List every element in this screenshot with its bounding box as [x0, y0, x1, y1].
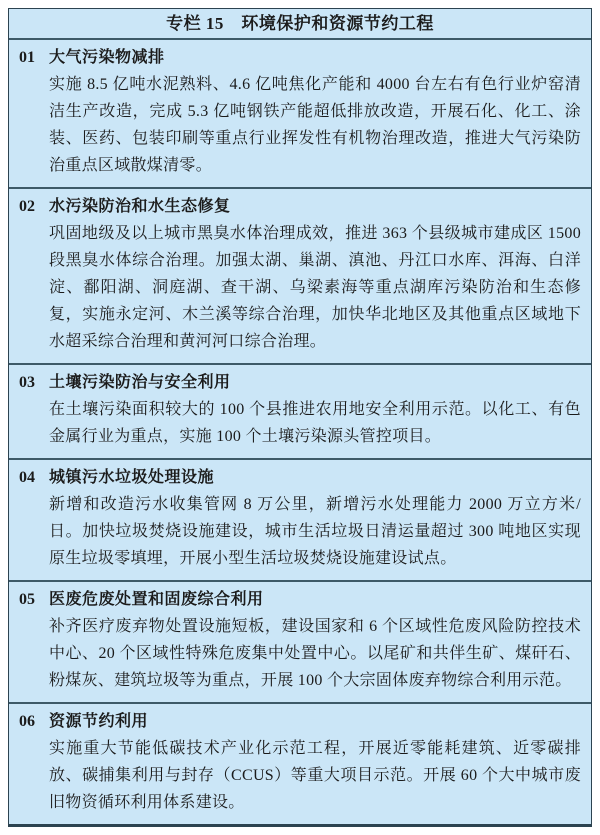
section-heading: 水污染防治和水生态修复	[49, 193, 231, 220]
section-number: 03	[19, 369, 49, 396]
section-body: 实施重大节能低碳技术产业化示范工程，开展近零能耗建筑、近零碳排放、碳捕集利用与封…	[49, 735, 581, 816]
section: 03 土壤污染防治与安全利用 在土壤污染面积较大的 100 个县推进农用地安全利…	[9, 363, 591, 458]
section: 04 城镇污水垃圾处理设施 新增和改造污水收集管网 8 万公里，新增污水处理能力…	[9, 458, 591, 580]
panel-title: 专栏 15 环境保护和资源节约工程	[9, 9, 591, 40]
feature-box-panel: 专栏 15 环境保护和资源节约工程 01 大气污染物减排 实施 8.5 亿吨水泥…	[8, 8, 592, 827]
section-body: 在土壤污染面积较大的 100 个县推进农用地安全利用示范。以化工、有色金属行业为…	[49, 396, 581, 450]
document-page: 专栏 15 环境保护和资源节约工程 01 大气污染物减排 实施 8.5 亿吨水泥…	[0, 0, 600, 835]
section-number: 06	[19, 708, 49, 735]
section: 01 大气污染物减排 实施 8.5 亿吨水泥熟料、4.6 亿吨焦化产能和 400…	[9, 40, 591, 187]
section-number: 04	[19, 464, 49, 491]
section-body: 实施 8.5 亿吨水泥熟料、4.6 亿吨焦化产能和 4000 台左右有色行业炉窑…	[49, 71, 581, 179]
section-heading-row: 06 资源节约利用	[19, 708, 581, 735]
section: 02 水污染防治和水生态修复 巩固地级及以上城市黑臭水体治理成效，推进 363 …	[9, 187, 591, 363]
section-body: 新增和改造污水收集管网 8 万公里，新增污水处理能力 2000 万立方米/日。加…	[49, 491, 581, 572]
section-number: 01	[19, 44, 49, 71]
section: 05 医废危废处置和固废综合利用 补齐医疗废弃物处置设施短板，建设国家和 6 个…	[9, 580, 591, 702]
section-heading: 土壤污染防治与安全利用	[49, 369, 231, 396]
section-heading: 资源节约利用	[49, 708, 148, 735]
section-heading: 城镇污水垃圾处理设施	[49, 464, 214, 491]
section-body: 巩固地级及以上城市黑臭水体治理成效，推进 363 个县级城市建成区 1500 段…	[49, 220, 581, 355]
section-heading: 大气污染物减排	[49, 44, 165, 71]
section-heading-row: 05 医废危废处置和固废综合利用	[19, 586, 581, 613]
section-heading-row: 01 大气污染物减排	[19, 44, 581, 71]
section-heading-row: 04 城镇污水垃圾处理设施	[19, 464, 581, 491]
section-heading-row: 03 土壤污染防治与安全利用	[19, 369, 581, 396]
section-heading-row: 02 水污染防治和水生态修复	[19, 193, 581, 220]
panel-sections: 01 大气污染物减排 实施 8.5 亿吨水泥熟料、4.6 亿吨焦化产能和 400…	[9, 40, 591, 824]
section-heading: 医废危废处置和固废综合利用	[49, 586, 264, 613]
section-number: 05	[19, 586, 49, 613]
section-number: 02	[19, 193, 49, 220]
section: 06 资源节约利用 实施重大节能低碳技术产业化示范工程，开展近零能耗建筑、近零碳…	[9, 702, 591, 824]
section-body: 补齐医疗废弃物处置设施短板，建设国家和 6 个区域性危废风险防控技术中心、20 …	[49, 613, 581, 694]
